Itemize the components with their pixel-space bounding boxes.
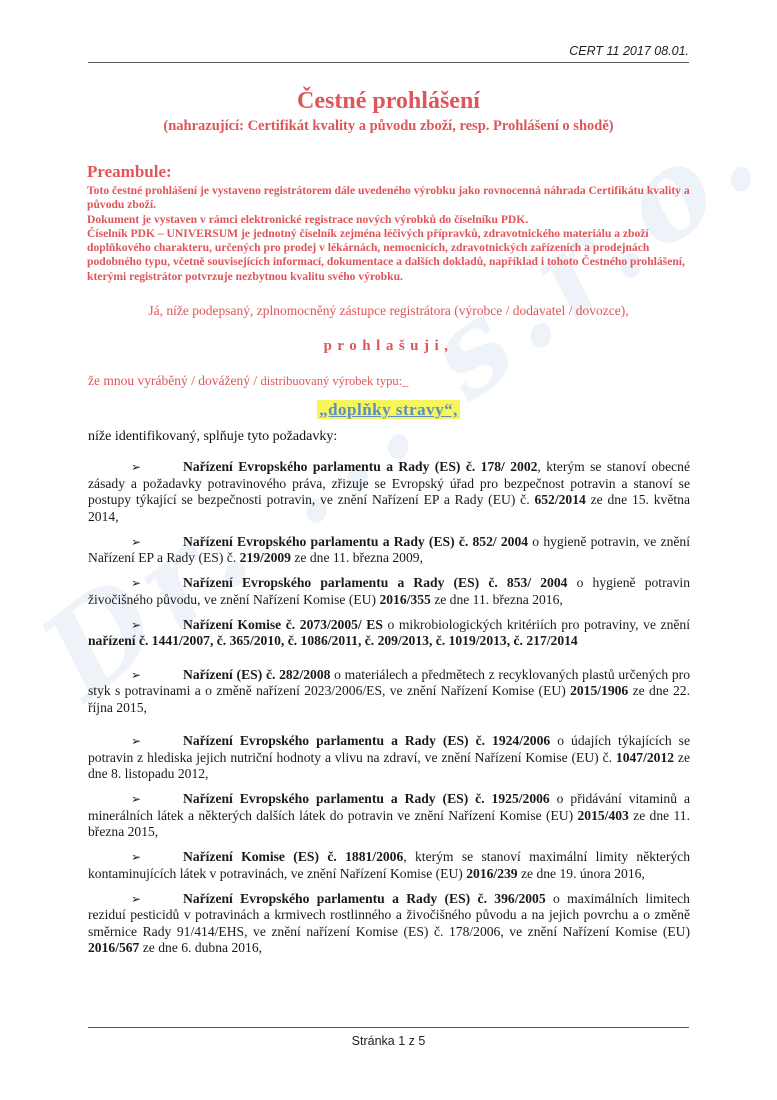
- product-type-value: „doplňky stravy“,: [317, 400, 460, 419]
- regulation-item: ➢Nařízení Komise (ES) č. 1881/2006, kter…: [88, 849, 690, 882]
- preamble-paragraph: Dokument je vystaven v rámci elektronick…: [87, 213, 697, 227]
- regulation-item: ➢Nařízení Evropského parlamentu a Rady (…: [88, 791, 690, 841]
- arrow-bullet-icon: ➢: [88, 849, 183, 866]
- arrow-bullet-icon: ➢: [88, 459, 183, 476]
- document-subtitle: (nahrazující: Certifikát kvality a původ…: [0, 118, 777, 135]
- regulation-item: ➢Nařízení Evropského parlamentu a Rady (…: [88, 534, 690, 567]
- product-line-text: že mnou vyráběný / dovážený /: [88, 373, 260, 388]
- arrow-bullet-icon: ➢: [88, 891, 183, 908]
- signatory-statement: Já, níže podepsaný, zplnomocněný zástupc…: [0, 303, 777, 319]
- preamble-heading: Preambule:: [87, 162, 697, 182]
- arrow-bullet-icon: ➢: [88, 667, 183, 684]
- regulation-item: ➢Nařízení Komise č. 2073/2005/ ES o mikr…: [88, 617, 690, 650]
- product-type-highlight: „doplňky stravy“,: [0, 400, 777, 420]
- product-line-text-small: distribuovaný výrobek typu:_: [260, 374, 408, 388]
- regulations-list: ➢Nařízení Evropského parlamentu a Rady (…: [88, 459, 690, 965]
- document-title: Čestné prohlášení: [0, 88, 777, 115]
- regulation-item: ➢Nařízení Evropského parlamentu a Rady (…: [88, 891, 690, 957]
- requirements-intro: níže identifikovaný, splňuje tyto požada…: [88, 429, 337, 445]
- header-divider: [88, 62, 689, 63]
- regulation-item: ➢Nařízení Evropského parlamentu a Rady (…: [88, 733, 690, 783]
- regulation-item: ➢Nařízení Evropského parlamentu a Rady (…: [88, 575, 690, 608]
- declaration-verb: prohlašuji,: [0, 338, 777, 355]
- page-number: Stránka 1 z 5: [0, 1034, 777, 1048]
- footer-divider: [88, 1027, 689, 1028]
- regulation-item: ➢Nařízení Evropského parlamentu a Rady (…: [88, 459, 690, 525]
- preamble-paragraph: Toto čestné prohlášení je vystaveno regi…: [87, 184, 697, 213]
- arrow-bullet-icon: ➢: [88, 617, 183, 634]
- arrow-bullet-icon: ➢: [88, 575, 183, 592]
- arrow-bullet-icon: ➢: [88, 733, 183, 750]
- document-page: Dr. ... s.r.o. CERT 11 2017 08.01. Čestn…: [0, 0, 777, 1100]
- product-type-line: že mnou vyráběný / dovážený / distribuov…: [88, 373, 408, 389]
- preamble-paragraph: Číselník PDK – UNIVERSUM je jednotný čís…: [87, 227, 697, 284]
- arrow-bullet-icon: ➢: [88, 534, 183, 551]
- preamble-section: Preambule: Toto čestné prohlášení je vys…: [87, 162, 697, 284]
- regulation-item: ➢Nařízení (ES) č. 282/2008 o materiálech…: [88, 667, 690, 717]
- arrow-bullet-icon: ➢: [88, 791, 183, 808]
- document-code: CERT 11 2017 08.01.: [569, 44, 689, 58]
